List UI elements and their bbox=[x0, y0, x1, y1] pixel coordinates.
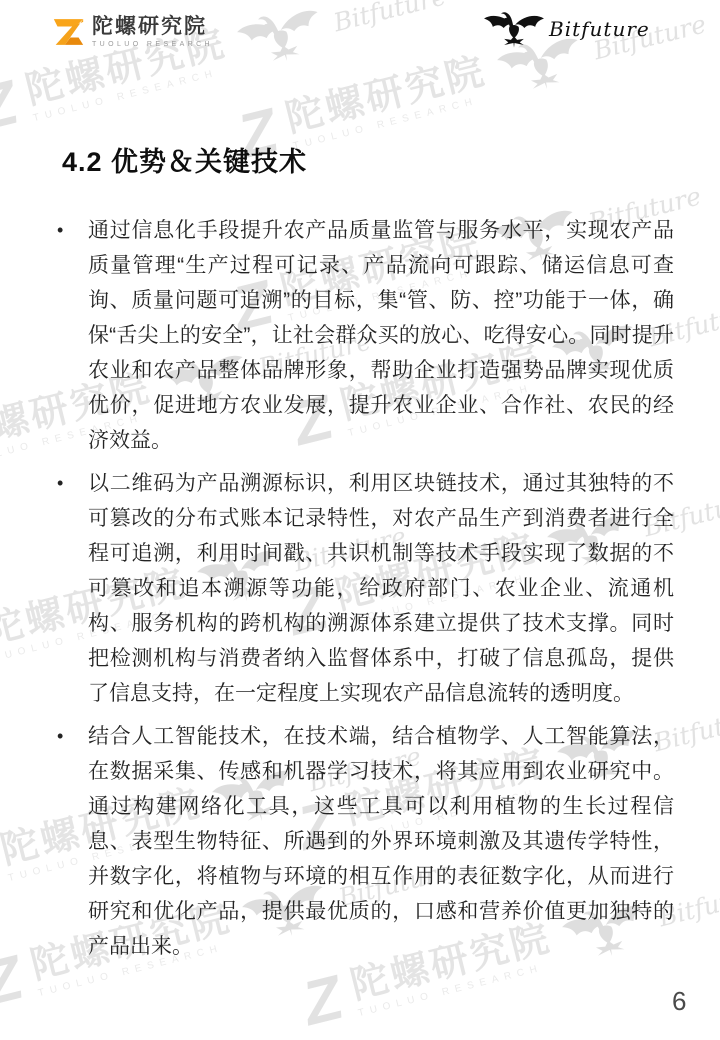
bullet-list: 通过信息化手段提升农产品质量监管与服务水平，实现农产品质量管理“生产过程可记录、… bbox=[57, 213, 674, 972]
bullet-item: 结合人工智能技术，在技术端，结合植物学、人工智能算法，在数据采集、传感和机器学习… bbox=[57, 719, 674, 964]
report-page: Z 陀螺研究院 TUOLUO RESEARCH Bitfuture Z 陀螺研究… bbox=[0, 0, 720, 1040]
watermark-partner: Bitfuture bbox=[331, 0, 449, 37]
tuoluo-logo: 陀螺研究院 TUOLUO RESEARCH bbox=[52, 14, 213, 50]
tuoluo-z-watermark-icon: Z bbox=[303, 965, 344, 1037]
bitfuture-logo: Bitfuture bbox=[483, 6, 650, 52]
bitfuture-bird-watermark-icon bbox=[232, 0, 330, 76]
tuoluo-z-watermark-icon: Z bbox=[0, 945, 24, 1017]
section-title: 4.2 优势＆关键技术 bbox=[62, 140, 307, 179]
page-number: 6 bbox=[672, 986, 686, 1017]
watermark-brand-en: TUOLUO RESEARCH bbox=[292, 93, 493, 152]
bullet-item: 通过信息化手段提升农产品质量监管与服务水平，实现农产品质量管理“生产过程可记录、… bbox=[57, 213, 674, 458]
watermark-brand-en: TUOLUO RESEARCH bbox=[32, 65, 233, 124]
bitfuture-bird-icon bbox=[483, 6, 545, 52]
tuoluo-z-icon bbox=[52, 14, 85, 50]
tuoluo-z-watermark-icon: Z bbox=[0, 70, 19, 142]
tuoluo-logo-subtitle: TUOLUO RESEARCH bbox=[92, 41, 213, 48]
tuoluo-logo-name: 陀螺研究院 bbox=[92, 16, 213, 37]
bullet-item: 以二维码为产品溯源标识，利用区块链技术，通过其独特的不可篡改的分布式账本记录特性… bbox=[57, 466, 674, 711]
bitfuture-logo-name: Bitfuture bbox=[549, 17, 650, 41]
watermark-brand-cn: 陀螺研究院 bbox=[282, 52, 490, 138]
